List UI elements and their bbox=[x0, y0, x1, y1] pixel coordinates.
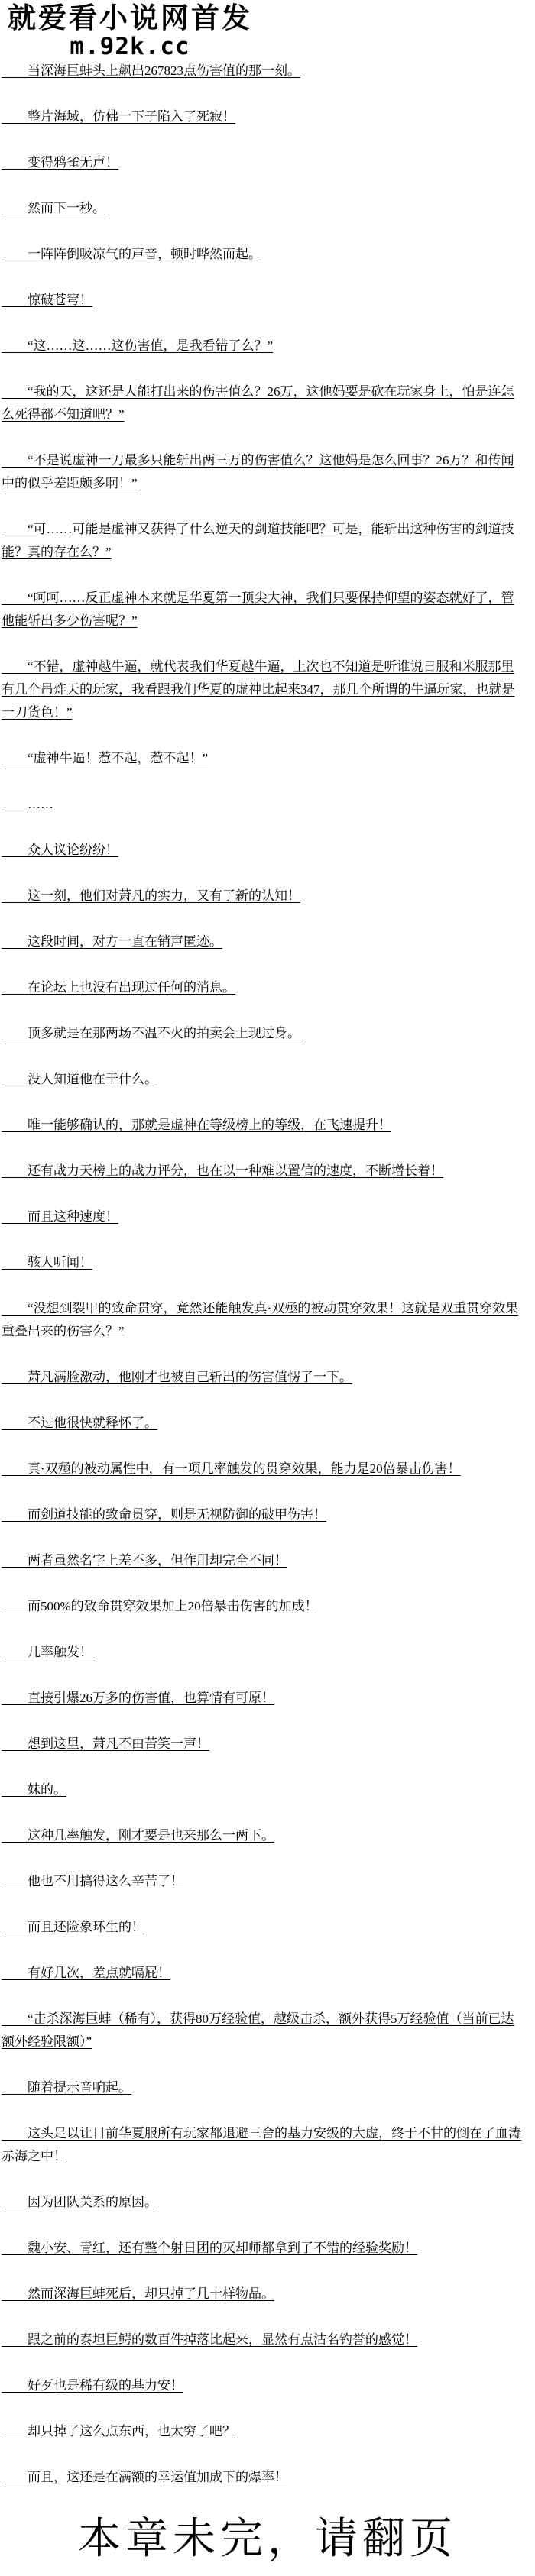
novel-paragraph: 妹的。 bbox=[2, 1778, 524, 1801]
novel-paragraph: “我的天，这还是人能打出来的伤害值么？26万，这他妈要是砍在玩家身上，怕是连怎么… bbox=[2, 380, 524, 426]
novel-paragraph: 这段时间，对方一直在销声匿迹。 bbox=[2, 930, 524, 953]
novel-paragraph: 真·双殛的被动属性中，有一项几率触发的贯穿效果，能力是20倍暴击伤害！ bbox=[2, 1458, 524, 1481]
chapter-content: 当深海巨蚌头上飙出267823点伤害值的那一刻。 整片海域，仿佛一下子陷入了死寂… bbox=[0, 58, 535, 2489]
novel-paragraph: 骇人听闻！ bbox=[2, 1251, 524, 1274]
novel-paragraph: 随着提示音响起。 bbox=[2, 2076, 524, 2099]
novel-paragraph: 惊破苍穹！ bbox=[2, 289, 524, 312]
site-title: 就爱看小说网首发 bbox=[0, 3, 260, 35]
novel-paragraph: 顶多就是在那两场不温不火的拍卖会上现过身。 bbox=[2, 1022, 524, 1045]
novel-paragraph: “不错，虚神越牛逼，就代表我们华夏越牛逼，上次也不知道是听谁说日服和米服那里有几… bbox=[2, 655, 524, 724]
novel-paragraph: 有好几次，差点就嗝屁！ bbox=[2, 1962, 524, 1985]
novel-paragraph: 这头足以让目前华夏服所有玩家都退避三舍的基力安级的大虚，终于不甘的倒在了血涛赤海… bbox=[2, 2122, 524, 2168]
novel-reader-page: 就爱看小说网首发 m.92k.cc 当深海巨蚌头上飙出267823点伤害值的那一… bbox=[0, 0, 535, 2576]
site-url: m.92k.cc bbox=[0, 35, 260, 58]
novel-paragraph: “击杀深海巨蚌（稀有），获得80万经验值，越级击杀，额外获得5万经验值（当前已达… bbox=[2, 2008, 524, 2053]
novel-paragraph: 因为团队关系的原因。 bbox=[2, 2191, 524, 2214]
novel-paragraph: 唯一能够确认的，那就是虚神在等级榜上的等级，在飞速提升！ bbox=[2, 1114, 524, 1137]
novel-paragraph: 好歹也是稀有级的基力安！ bbox=[2, 2374, 524, 2397]
novel-paragraph: 而且这种速度！ bbox=[2, 1205, 524, 1228]
novel-paragraph: 而且还险象环生的！ bbox=[2, 1916, 524, 1939]
page-turn-notice[interactable]: 本章未完，请翻页 bbox=[0, 2512, 535, 2576]
novel-paragraph: 却只掉了这么点东西，也太穷了吧？ bbox=[2, 2420, 524, 2443]
novel-paragraph: 当深海巨蚌头上飙出267823点伤害值的那一刻。 bbox=[2, 60, 524, 83]
novel-paragraph: “不是说虚神一刀最多只能斩出两三万的伤害值么？这他妈是怎么回事？26万？和传闻中… bbox=[2, 449, 524, 495]
novel-paragraph: 一阵阵倒吸凉气的声音，顿时哗然而起。 bbox=[2, 243, 524, 266]
novel-paragraph: “没想到裂甲的致命贯穿，竟然还能触发真·双殛的被动贯穿效果！这就是双重贯穿效果重… bbox=[2, 1297, 524, 1343]
novel-paragraph: 他也不用搞得这么辛苦了！ bbox=[2, 1870, 524, 1893]
novel-paragraph: 这种几率触发，刚才要是也来那么一两下。 bbox=[2, 1824, 524, 1847]
novel-paragraph: 这一刻，他们对萧凡的实力，又有了新的认知！ bbox=[2, 885, 524, 908]
novel-paragraph: 不过他很快就释怀了。 bbox=[2, 1412, 524, 1435]
novel-paragraph: 几率触发！ bbox=[2, 1641, 524, 1664]
novel-paragraph: 然而下一秒。 bbox=[2, 197, 524, 220]
novel-paragraph: 还有战力天榜上的战力评分，也在以一种难以置信的速度，不断增长着！ bbox=[2, 1160, 524, 1183]
novel-paragraph: …… bbox=[2, 793, 524, 816]
novel-paragraph: “虚神牛逼！惹不起，惹不起！” bbox=[2, 747, 524, 770]
novel-paragraph: 而剑道技能的致命贯穿，则是无视防御的破甲伤害！ bbox=[2, 1503, 524, 1526]
novel-paragraph: 众人议论纷纷！ bbox=[2, 839, 524, 862]
novel-paragraph: 两者虽然名字上差不多，但作用却完全不同！ bbox=[2, 1549, 524, 1572]
site-header: 就爱看小说网首发 m.92k.cc bbox=[0, 0, 260, 58]
novel-paragraph: “可……可能是虚神又获得了什么逆天的剑道技能吧？可是，能斩出这种伤害的剑道技能？… bbox=[2, 518, 524, 564]
novel-paragraph: “这……这……这伤害值，是我看错了么？” bbox=[2, 335, 524, 358]
novel-paragraph: 变得鸦雀无声！ bbox=[2, 151, 524, 174]
novel-paragraph: 萧凡满脸激动，他刚才也被自己斩出的伤害值愣了一下。 bbox=[2, 1366, 524, 1389]
novel-paragraph: 魏小安、青红，还有整个射日团的灭却师都拿到了不错的经验奖励！ bbox=[2, 2237, 524, 2260]
novel-paragraph: “呵呵……反正虚神本来就是华夏第一顶尖大神，我们只要保持仰望的姿态就好了，管他能… bbox=[2, 587, 524, 633]
novel-paragraph: 没人知道他在干什么。 bbox=[2, 1068, 524, 1091]
novel-paragraph: 整片海域，仿佛一下子陷入了死寂！ bbox=[2, 105, 524, 128]
novel-paragraph: 而且，这还是在满额的幸运值加成下的爆率！ bbox=[2, 2466, 524, 2489]
novel-paragraph: 然而深海巨蚌死后，却只掉了几十样物品。 bbox=[2, 2283, 524, 2306]
novel-paragraph: 跟之前的泰坦巨鳄的数百件掉落比起来，显然有点沽名钓誉的感觉！ bbox=[2, 2328, 524, 2351]
novel-paragraph: 而500%的致命贯穿效果加上20倍暴击伤害的加成！ bbox=[2, 1595, 524, 1618]
novel-paragraph: 在论坛上也没有出现过任何的消息。 bbox=[2, 976, 524, 999]
novel-paragraph: 直接引爆26万多的伤害值，也算情有可原！ bbox=[2, 1687, 524, 1710]
novel-paragraph: 想到这里，萧凡不由苦笑一声！ bbox=[2, 1733, 524, 1756]
